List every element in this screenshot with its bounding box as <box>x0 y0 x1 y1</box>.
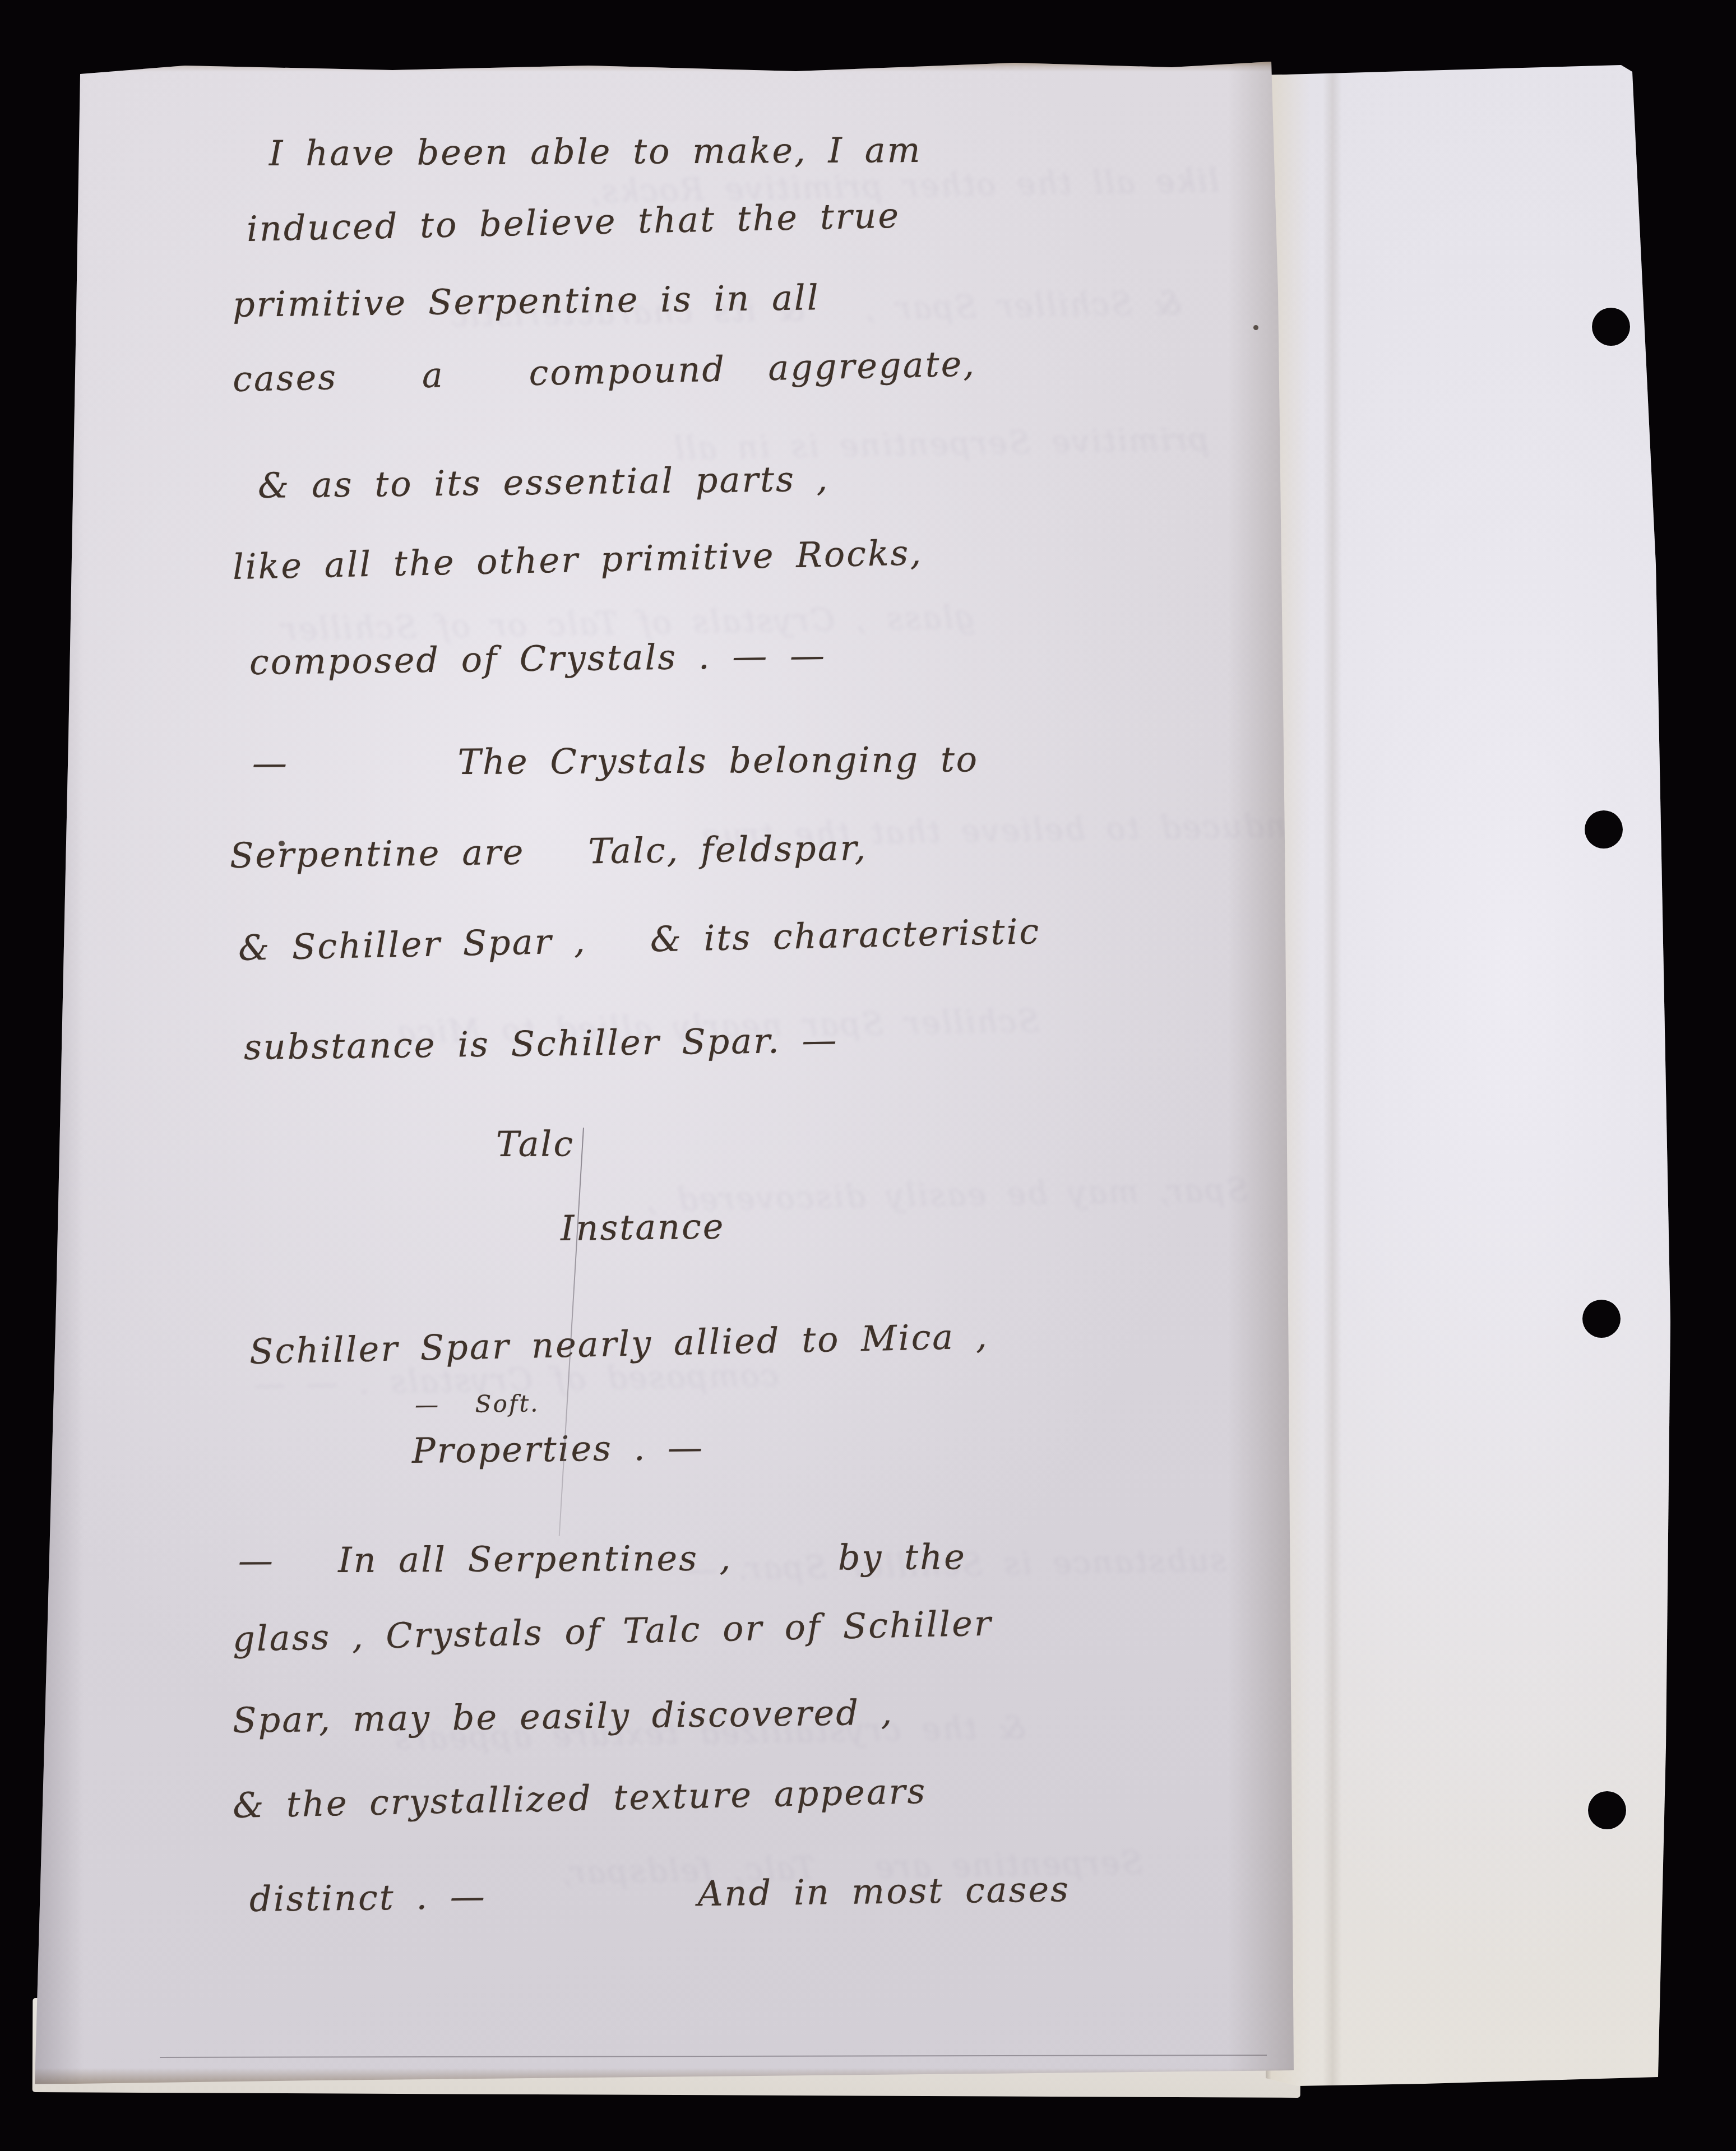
scan-background: like all the other primitive Rocks, & Sc… <box>0 0 1736 2151</box>
punch-hole-4 <box>1588 1791 1626 1829</box>
adjacent-page-strip <box>1262 61 1675 2089</box>
page-vignette <box>0 0 1300 2090</box>
paper-crease <box>1323 61 1342 2089</box>
manuscript-page: like all the other primitive Rocks, & Sc… <box>0 0 1300 2090</box>
punch-hole-3 <box>1582 1300 1621 1338</box>
punch-hole-2 <box>1585 810 1623 849</box>
punch-hole-1 <box>1592 308 1630 346</box>
